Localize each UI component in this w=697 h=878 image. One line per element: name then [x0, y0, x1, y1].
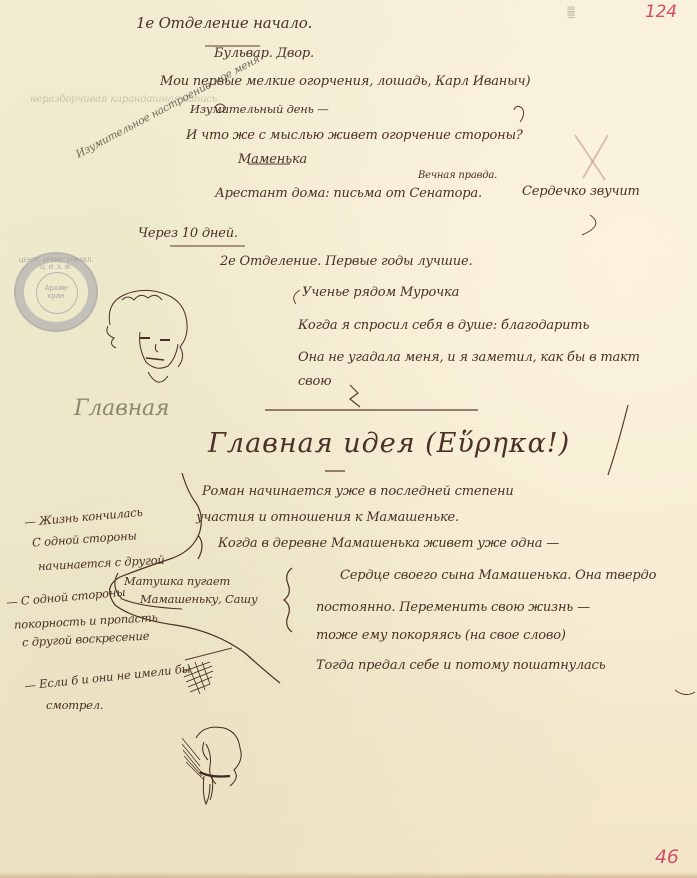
faded-pencil-note: неразборчивая карандашная запись — [30, 94, 217, 105]
margin-note: — С одной стороны — [6, 585, 126, 609]
manuscript-page: ЦЕНТР. АРХИВ. УПРАВЛ. Ц. И. Х. Ф. Архив-… — [0, 0, 697, 878]
text-line: Когда в деревне Мамашенька живет уже одн… — [218, 536, 559, 551]
faint-glavnaya-note: Главная — [74, 396, 169, 421]
text-line: участия и отношения к Мамашеньке. — [196, 510, 459, 525]
text-line: постоянно. Переменить свою жизнь — — [316, 600, 590, 615]
superscript-insertion: Вечная правда. — [418, 170, 497, 181]
margin-note: — Жизнь кончилась — [24, 505, 143, 529]
margin-note: С одной стороны — [32, 528, 137, 549]
heading-second-section: 2е Отделение. Первые годы лучшие. — [220, 254, 472, 269]
folio-number-top: 124 — [645, 2, 677, 22]
text-line: Через 10 дней. — [138, 226, 238, 241]
text-line: Когда я спросил себя в душе: благодарить — [298, 318, 589, 333]
text-line: Маменька — [238, 152, 307, 167]
stamp-center-line-2: хран. — [47, 293, 67, 301]
margin-note: начинается с другой — [38, 553, 165, 574]
main-idea-heading: Главная идея (Εὕρηκα!) — [208, 428, 570, 459]
text-line: Она не угадала меня, и я заметил, как бы… — [298, 350, 640, 365]
text-line: И что же с мыслью живет огорчение сторон… — [186, 128, 523, 143]
text-line: Тогда предал себе и потому пошатнулась — [316, 658, 606, 673]
text-line: Арестант дома: письма от Сенатора. — [215, 186, 482, 201]
boxed-note-line-1: Матушка пугает — [124, 574, 230, 588]
faint-lines-mark: ≡≡ — [566, 6, 576, 18]
stamp-center: Архив- хран. — [36, 272, 78, 314]
text-line: Бульвар. Двор. — [214, 46, 314, 61]
heading-first-section: 1е Отделение начало. — [136, 14, 312, 32]
margin-note: смотрел. — [46, 698, 103, 712]
text-line: Сердце своего сына Мамашенька. Она тверд… — [340, 568, 656, 583]
margin-note: с другой воскресение — [22, 629, 150, 650]
archive-stamp: ЦЕНТР. АРХИВ. УПРАВЛ. Ц. И. Х. Ф. Архив-… — [14, 252, 98, 332]
text-line: Роман начинается уже в последней степени — [202, 484, 514, 499]
text-line: свою — [298, 374, 331, 389]
text-line: тоже ему покоряясь (на свое слово) — [316, 628, 566, 643]
margin-note: — Если б и они не имели бы — [24, 661, 192, 692]
boxed-note-line-2: Мамашеньку, Сашу — [140, 592, 257, 606]
boy-portrait-sketch — [107, 290, 187, 382]
text-line: Сердечко звучит — [522, 184, 640, 199]
stamp-ring-text: ЦЕНТР. АРХИВ. УПРАВЛ. Ц. И. Х. Ф. — [16, 257, 96, 271]
folio-number-bottom: 46 — [655, 846, 679, 868]
old-man-portrait-sketch — [182, 727, 241, 804]
text-line: Ученье рядом Мурочка — [302, 285, 459, 300]
